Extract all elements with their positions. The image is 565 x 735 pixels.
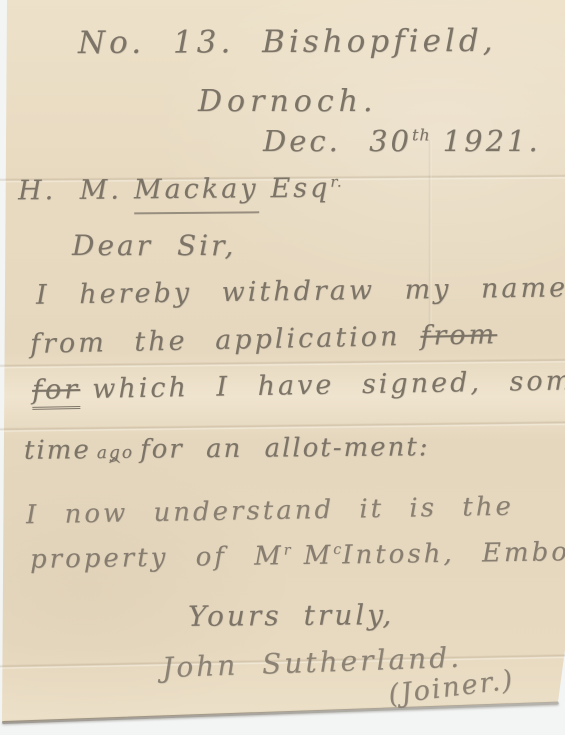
date-year: 1921.	[443, 124, 541, 158]
body-line-4: timeago^for an allot-ment:	[24, 432, 430, 473]
date-line: Dec. 30th1921.	[263, 124, 541, 158]
body-line-6-end: Intosh, Embo	[342, 537, 565, 570]
date-ordinal: th	[412, 125, 431, 144]
recipient-line: H. M.MackayEsqr.	[18, 173, 343, 207]
date-day-month: Dec. 30	[263, 124, 412, 158]
body-line-6-start: property of M	[30, 541, 284, 575]
caret-insertion: ago^	[97, 446, 134, 472]
recipient-honorific: Esq	[270, 173, 330, 205]
address-line-1: No. 13. Bishopfield,	[78, 23, 497, 61]
recipient-surname-underlined: Mackay	[134, 173, 259, 214]
body-line-4-end: for an allot-ment:	[140, 432, 430, 465]
letter-scan: No. 13. Bishopfield, Dornoch. Dec. 30th1…	[0, 0, 565, 735]
body-line-4-start: time	[24, 435, 91, 466]
struck-word-from: from	[420, 319, 497, 352]
recipient-initials: H. M.	[18, 175, 122, 207]
address-line-2: Dornoch.	[198, 84, 378, 119]
salutation: Dear Sir,	[72, 229, 236, 262]
closing: Yours truly,	[188, 598, 395, 633]
caret-mark: ^	[107, 460, 124, 472]
struck-word-for: for	[32, 374, 81, 410]
body-line-6-mid: M	[303, 541, 333, 571]
recipient-honorific-suffix: r.	[330, 173, 342, 191]
body-line-6-sup-r: r	[284, 542, 292, 558]
